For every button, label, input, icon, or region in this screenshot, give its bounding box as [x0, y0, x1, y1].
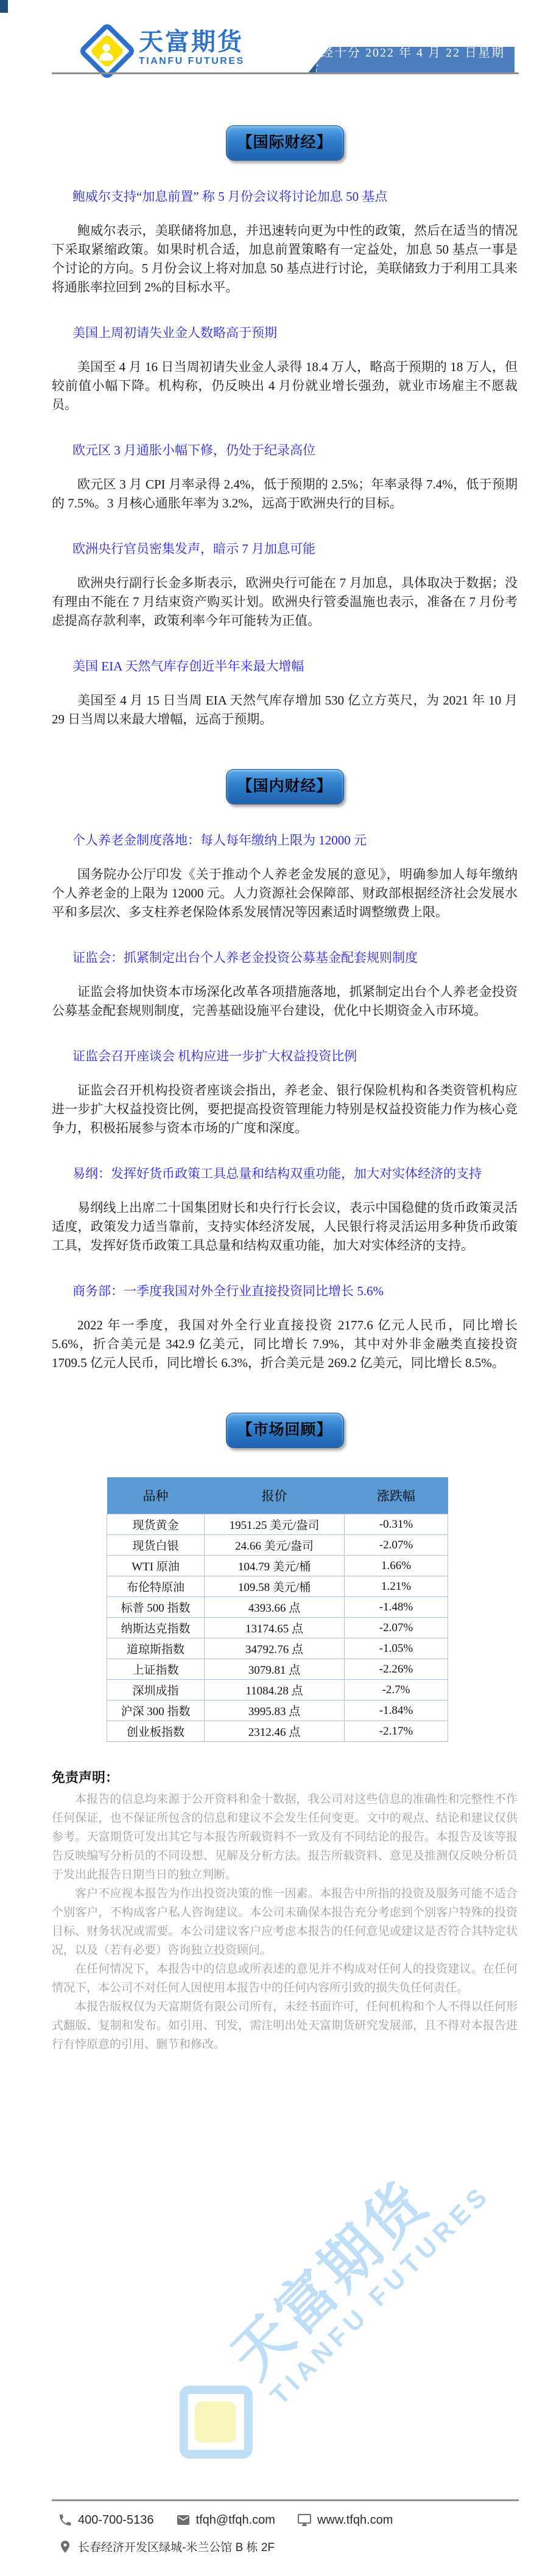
disclaimer-paragraph: 本报告版权仅为天富期货有限公司所有，未经书面许可，任何机构和个人不得以任何形式翻…: [52, 1997, 518, 2054]
cell-change: -2.17%: [345, 1721, 448, 1742]
section-button-market-review: 【市场回顾】: [226, 1413, 344, 1448]
cell-change: -1.48%: [345, 1597, 448, 1618]
cell-variety: 纳斯达克指数: [107, 1618, 205, 1638]
article-body: 美国至 4 月 15 日当周 EIA 天然气库存增加 530 亿立方英尺，为 2…: [52, 691, 518, 729]
cell-quote: 34792.76 点: [205, 1638, 345, 1659]
cell-change: -2.07%: [345, 1535, 448, 1556]
disclaimer-paragraph: 在任何情况下，本报告中的信息或所表述的意见并不构成对任何人的投资建议。在任何情况…: [52, 1960, 518, 1997]
article-body: 证监会将加快资本市场深化改革各项措施落地，抓紧制定出台个人养老金投资公募基金配套…: [52, 983, 518, 1020]
cell-change: -1.05%: [345, 1638, 448, 1659]
article-title: 易纲：发挥好货币政策工具总量和结构双重功能，加大对实体经济的支持: [52, 1164, 518, 1183]
report-body: 【国际财经】 鲍威尔支持“加息前置” 称 5 月份会议将讨论加息 50 基点鲍威…: [0, 125, 548, 2054]
article-title: 美国上周初请失业金人数略高于预期: [52, 324, 518, 342]
cell-change: -2.26%: [345, 1659, 448, 1680]
cell-quote: 24.66 美元/盎司: [205, 1535, 345, 1556]
logo-diamond-icon: [79, 23, 130, 74]
cell-variety: WTI 原油: [107, 1556, 205, 1576]
cell-quote: 2312.46 点: [205, 1721, 345, 1742]
table-row: 深圳成指11084.28 点-2.7%: [107, 1680, 448, 1701]
logo-name-en: TIANFU FUTURES: [139, 55, 245, 68]
email-icon: [176, 2513, 191, 2527]
location-pin-icon: [58, 2539, 72, 2554]
cell-quote: 11084.28 点: [205, 1680, 345, 1701]
cell-variety: 上证指数: [107, 1659, 205, 1680]
logo-name-cn: 天富期货: [139, 29, 245, 55]
article-body: 证监会召开机构投资者座谈会指出，养老金、银行保险机构和各类资管机构应进一步扩大权…: [52, 1081, 518, 1138]
section-button-domestic: 【国内财经】: [226, 769, 344, 804]
disclaimer-text: 本报告的信息均来源于公开资料和金十数据，我公司对这些信息的准确性和完整性不作任何…: [52, 1790, 518, 2054]
header-divider: [52, 72, 519, 74]
tianfu-futures-logo: 天富期货 TIANFU FUTURES: [79, 23, 245, 74]
table-column-header: 报价: [205, 1477, 345, 1514]
article-title: 商务部：一季度我国对外全行业直接投资同比增长 5.6%: [52, 1282, 518, 1300]
table-column-header: 涨跌幅: [345, 1477, 448, 1514]
article-body: 国务院办公厅印发《关于推动个人养老金发展的意见》，明确参加人每年缴纳个人养老金的…: [52, 865, 518, 922]
watermark-logo: 天富期货 TIANFU FUTURES: [145, 2108, 525, 2487]
footer-divider: [52, 2499, 519, 2501]
cell-variety: 现货黄金: [107, 1514, 205, 1535]
table-row: 标普 500 指数4393.66 点-1.48%: [107, 1597, 448, 1618]
page-footer: 400-700-5136 tfqh@tfqh.com www.tfqh.com …: [0, 2499, 548, 2576]
footer-website: www.tfqh.com: [317, 2513, 393, 2527]
section-button-international: 【国际财经】: [226, 125, 344, 161]
article-title: 证监会：抓紧制定出台个人养老金投资公募基金配套规则制度: [52, 949, 518, 967]
cell-variety: 布伦特原油: [107, 1576, 205, 1597]
cell-quote: 3995.83 点: [205, 1701, 345, 1721]
article-body: 2022 年一季度，我国对外全行业直接投资 2177.6 亿元人民币，同比增长 …: [52, 1316, 518, 1373]
cell-change: -2.07%: [345, 1618, 448, 1638]
article-body: 欧洲央行副行长金多斯表示，欧洲央行可能在 7 月加息，具体取决于数据；没有理由不…: [52, 574, 518, 630]
cell-quote: 3079.81 点: [205, 1659, 345, 1680]
issue-date-banner: 财经十分 2022 年 4 月 22 日星期五: [307, 47, 515, 74]
cell-variety: 创业板指数: [107, 1721, 205, 1742]
article-title: 证监会召开座谈会 机构应进一步扩大权益投资比例: [52, 1047, 518, 1065]
footer-address: 长春经济开发区绿城-米兰公馆 B 栋 2F: [78, 2538, 275, 2555]
cell-variety: 现货白银: [107, 1535, 205, 1556]
table-row: 沪深 300 指数3995.83 点-1.84%: [107, 1701, 448, 1721]
cell-change: -1.84%: [345, 1701, 448, 1721]
cell-change: 1.66%: [345, 1556, 448, 1576]
table-row: WTI 原油104.79 美元/桶1.66%: [107, 1556, 448, 1576]
cell-variety: 标普 500 指数: [107, 1597, 205, 1618]
table-row: 上证指数3079.81 点-2.26%: [107, 1659, 448, 1680]
article-title: 欧洲央行官员密集发声，暗示 7 月加息可能: [52, 540, 518, 558]
table-row: 创业板指数2312.46 点-2.17%: [107, 1721, 448, 1742]
footer-phone: 400-700-5136: [78, 2513, 154, 2527]
disclaimer-paragraph: 本报告的信息均来源于公开资料和金十数据，我公司对这些信息的准确性和完整性不作任何…: [52, 1790, 518, 1884]
cell-variety: 沪深 300 指数: [107, 1701, 205, 1721]
table-row: 现货黄金1951.25 美元/盎司-0.31%: [107, 1514, 448, 1535]
cell-variety: 道琼斯指数: [107, 1638, 205, 1659]
website-monitor-icon: [297, 2513, 312, 2527]
cell-variety: 深圳成指: [107, 1680, 205, 1701]
watermark-name-cn: 天富期货: [221, 2135, 475, 2389]
cell-quote: 104.79 美元/桶: [205, 1556, 345, 1576]
article-body: 鲍威尔表示，美联储将加息，并迅速转向更为中性的政策，然后在适当的情况下采取紧缩政…: [52, 221, 518, 297]
cell-change: -0.31%: [345, 1514, 448, 1535]
cell-change: 1.21%: [345, 1576, 448, 1597]
watermark-diamond-icon: [146, 2358, 275, 2487]
article-title: 个人养老金制度落地：每人每年缴纳上限为 12000 元: [52, 831, 518, 849]
article-title: 鲍威尔支持“加息前置” 称 5 月份会议将讨论加息 50 基点: [52, 187, 518, 206]
disclaimer-paragraph: 客户不应视本报告为作出投资决策的惟一因素。本报告中所指的投资及服务可能不适合个别…: [52, 1884, 518, 1960]
domestic-articles: 个人养老金制度落地：每人每年缴纳上限为 12000 元国务院办公厅印发《关于推动…: [52, 831, 518, 1373]
cell-quote: 109.58 美元/桶: [205, 1576, 345, 1597]
cell-change: -2.7%: [345, 1680, 448, 1701]
article-body: 易纲线上出席二十国集团财长和央行行长会议，表示中国稳健的货币政策灵活适度，政策发…: [52, 1199, 518, 1255]
cell-quote: 13174.65 点: [205, 1618, 345, 1638]
table-column-header: 品种: [107, 1477, 205, 1514]
table-row: 纳斯达克指数13174.65 点-2.07%: [107, 1618, 448, 1638]
watermark-name-en: TIANFU FUTURES: [264, 2178, 497, 2411]
table-row: 道琼斯指数34792.76 点-1.05%: [107, 1638, 448, 1659]
phone-icon: [58, 2513, 72, 2527]
disclaimer-title: 免责声明：: [52, 1767, 518, 1786]
article-title: 美国 EIA 天然气库存创近半年来最大增幅: [52, 657, 518, 675]
article-body: 美国至 4 月 16 日当周初请失业金人录得 18.4 万人，略高于预期的 18…: [52, 358, 518, 414]
table-header-row: 品种报价涨跌幅: [107, 1477, 448, 1514]
page-header: 天富期货 TIANFU FUTURES 财经十分 2022 年 4 月 22 日…: [0, 0, 548, 74]
article-title: 欧元区 3 月通胀小幅下修，仍处于纪录高位: [52, 441, 518, 459]
footer-email: tfqh@tfqh.com: [196, 2513, 275, 2527]
article-body: 欧元区 3 月 CPI 月率录得 2.4%，低于预期的 2.5%；年率录得 7.…: [52, 475, 518, 513]
international-articles: 鲍威尔支持“加息前置” 称 5 月份会议将讨论加息 50 基点鲍威尔表示，美联储…: [52, 187, 518, 729]
market-review-table: 品种报价涨跌幅 现货黄金1951.25 美元/盎司-0.31%现货白银24.66…: [107, 1477, 448, 1742]
table-row: 现货白银24.66 美元/盎司-2.07%: [107, 1535, 448, 1556]
cell-quote: 1951.25 美元/盎司: [205, 1514, 345, 1535]
table-row: 布伦特原油109.58 美元/桶1.21%: [107, 1576, 448, 1597]
cell-quote: 4393.66 点: [205, 1597, 345, 1618]
